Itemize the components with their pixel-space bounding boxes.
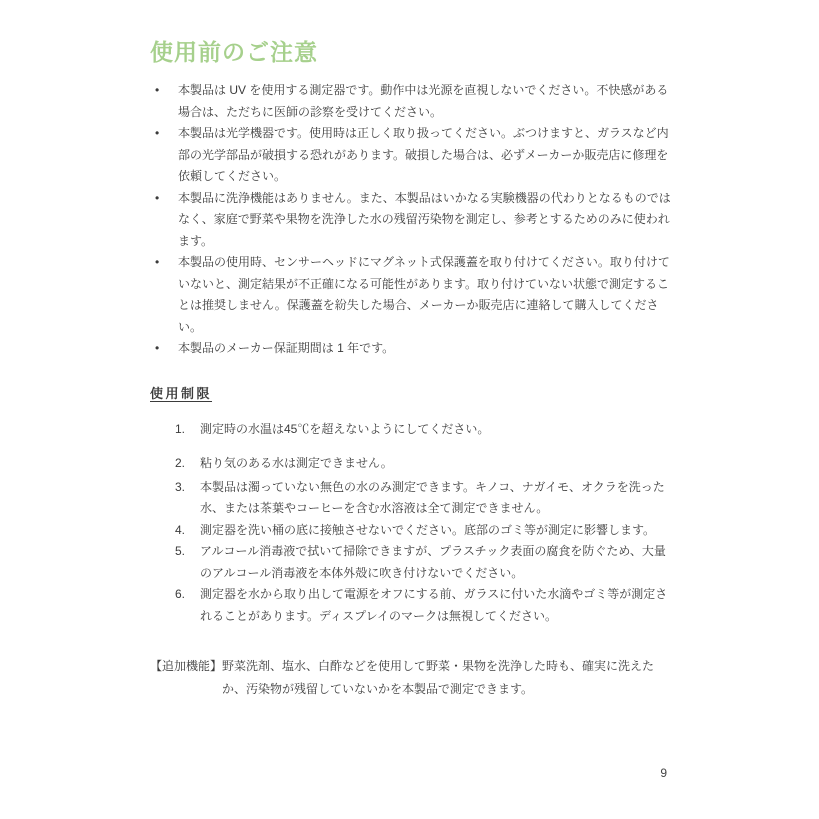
restriction-item: 1. 測定時の水温は45℃を超えないようにしてください。 bbox=[175, 419, 679, 441]
restriction-item: 6. 測定器を水から取り出して電源をオフにする前、ガラスに付いた水滴やゴミ等が測… bbox=[175, 584, 679, 627]
bullet-marker: • bbox=[155, 123, 178, 145]
additional-note-label: 【追加機能】 bbox=[150, 655, 222, 678]
restriction-text: 粘り気のある水は測定できません。 bbox=[200, 453, 393, 475]
restriction-text: 測定器を水から取り出して電源をオフにする前、ガラスに付いた水滴やゴミ等が測定さ … bbox=[200, 584, 667, 627]
precaution-item: • 本製品に洗浄機能はありません。また、本製品はいかなる実験機器の代わりとなるも… bbox=[155, 188, 679, 253]
restriction-text: 測定器を洗い桶の底に接触させないでください。底部のゴミ等が測定に影響します。 bbox=[200, 520, 655, 542]
restriction-text: 測定時の水温は45℃を超えないようにしてください。 bbox=[200, 419, 489, 441]
bullet-marker: • bbox=[155, 338, 178, 360]
page-title: 使用前のご注意 bbox=[150, 38, 679, 66]
restrictions-list: 1. 測定時の水温は45℃を超えないようにしてください。 2. 粘り気のある水は… bbox=[150, 419, 679, 628]
item-number: 3. bbox=[175, 477, 200, 499]
precaution-item: • 本製品の使用時、センサーヘッドにマグネット式保護蓋を取り付けてください。取り… bbox=[155, 252, 679, 338]
item-number: 1. bbox=[175, 419, 200, 441]
restriction-item: 5. アルコール消毒液で拭いて掃除できますが、プラスチック表面の腐食を防ぐため、… bbox=[175, 541, 679, 584]
item-number: 2. bbox=[175, 453, 200, 475]
precaution-text: 本製品は UV を使用する測定器です。動作中は光源を直視しないでください。不快感… bbox=[178, 80, 668, 123]
precaution-text: 本製品に洗浄機能はありません。また、本製品はいかなる実験機器の代わりとなるもので… bbox=[178, 188, 671, 253]
precaution-text: 本製品のメーカー保証期間は 1 年です。 bbox=[178, 338, 394, 360]
precaution-item: • 本製品のメーカー保証期間は 1 年です。 bbox=[155, 338, 679, 360]
item-number: 6. bbox=[175, 584, 200, 606]
additional-note: 【追加機能】 野菜洗剤、塩水、白酢などを使用して野菜・果物を洗浄した時も、確実に… bbox=[150, 655, 679, 700]
precaution-item: • 本製品は UV を使用する測定器です。動作中は光源を直視しないでください。不… bbox=[155, 80, 679, 123]
section-heading-restrictions: 使用制限 bbox=[150, 385, 679, 402]
bullet-marker: • bbox=[155, 188, 178, 210]
page-number: 9 bbox=[660, 766, 667, 780]
restriction-item: 2. 粘り気のある水は測定できません。 bbox=[175, 453, 679, 475]
precaution-item: • 本製品は光学機器です。使用時は正しく取り扱ってください。ぶつけますと、ガラス… bbox=[155, 123, 679, 188]
restriction-text: 本製品は濁っていない無色の水のみ測定できます。キノコ、ナガイモ、オクラを洗った … bbox=[200, 477, 665, 520]
bullet-marker: • bbox=[155, 252, 178, 274]
precaution-text: 本製品の使用時、センサーヘッドにマグネット式保護蓋を取り付けてください。取り付け… bbox=[178, 252, 670, 338]
additional-note-text: 野菜洗剤、塩水、白酢などを使用して野菜・果物を洗浄した時も、確実に洗えた か、汚… bbox=[222, 655, 654, 700]
item-number: 4. bbox=[175, 520, 200, 542]
item-number: 5. bbox=[175, 541, 200, 563]
precautions-list: • 本製品は UV を使用する測定器です。動作中は光源を直視しないでください。不… bbox=[150, 80, 679, 360]
bullet-marker: • bbox=[155, 80, 178, 102]
precaution-text: 本製品は光学機器です。使用時は正しく取り扱ってください。ぶつけますと、ガラスなど… bbox=[178, 123, 669, 188]
restriction-item: 4. 測定器を洗い桶の底に接触させないでください。底部のゴミ等が測定に影響します… bbox=[175, 520, 679, 542]
restriction-text: アルコール消毒液で拭いて掃除できますが、プラスチック表面の腐食を防ぐため、大量 … bbox=[200, 541, 666, 584]
manual-page: 使用前のご注意 • 本製品は UV を使用する測定器です。動作中は光源を直視しな… bbox=[0, 0, 819, 819]
restriction-item: 3. 本製品は濁っていない無色の水のみ測定できます。キノコ、ナガイモ、オクラを洗… bbox=[175, 477, 679, 520]
